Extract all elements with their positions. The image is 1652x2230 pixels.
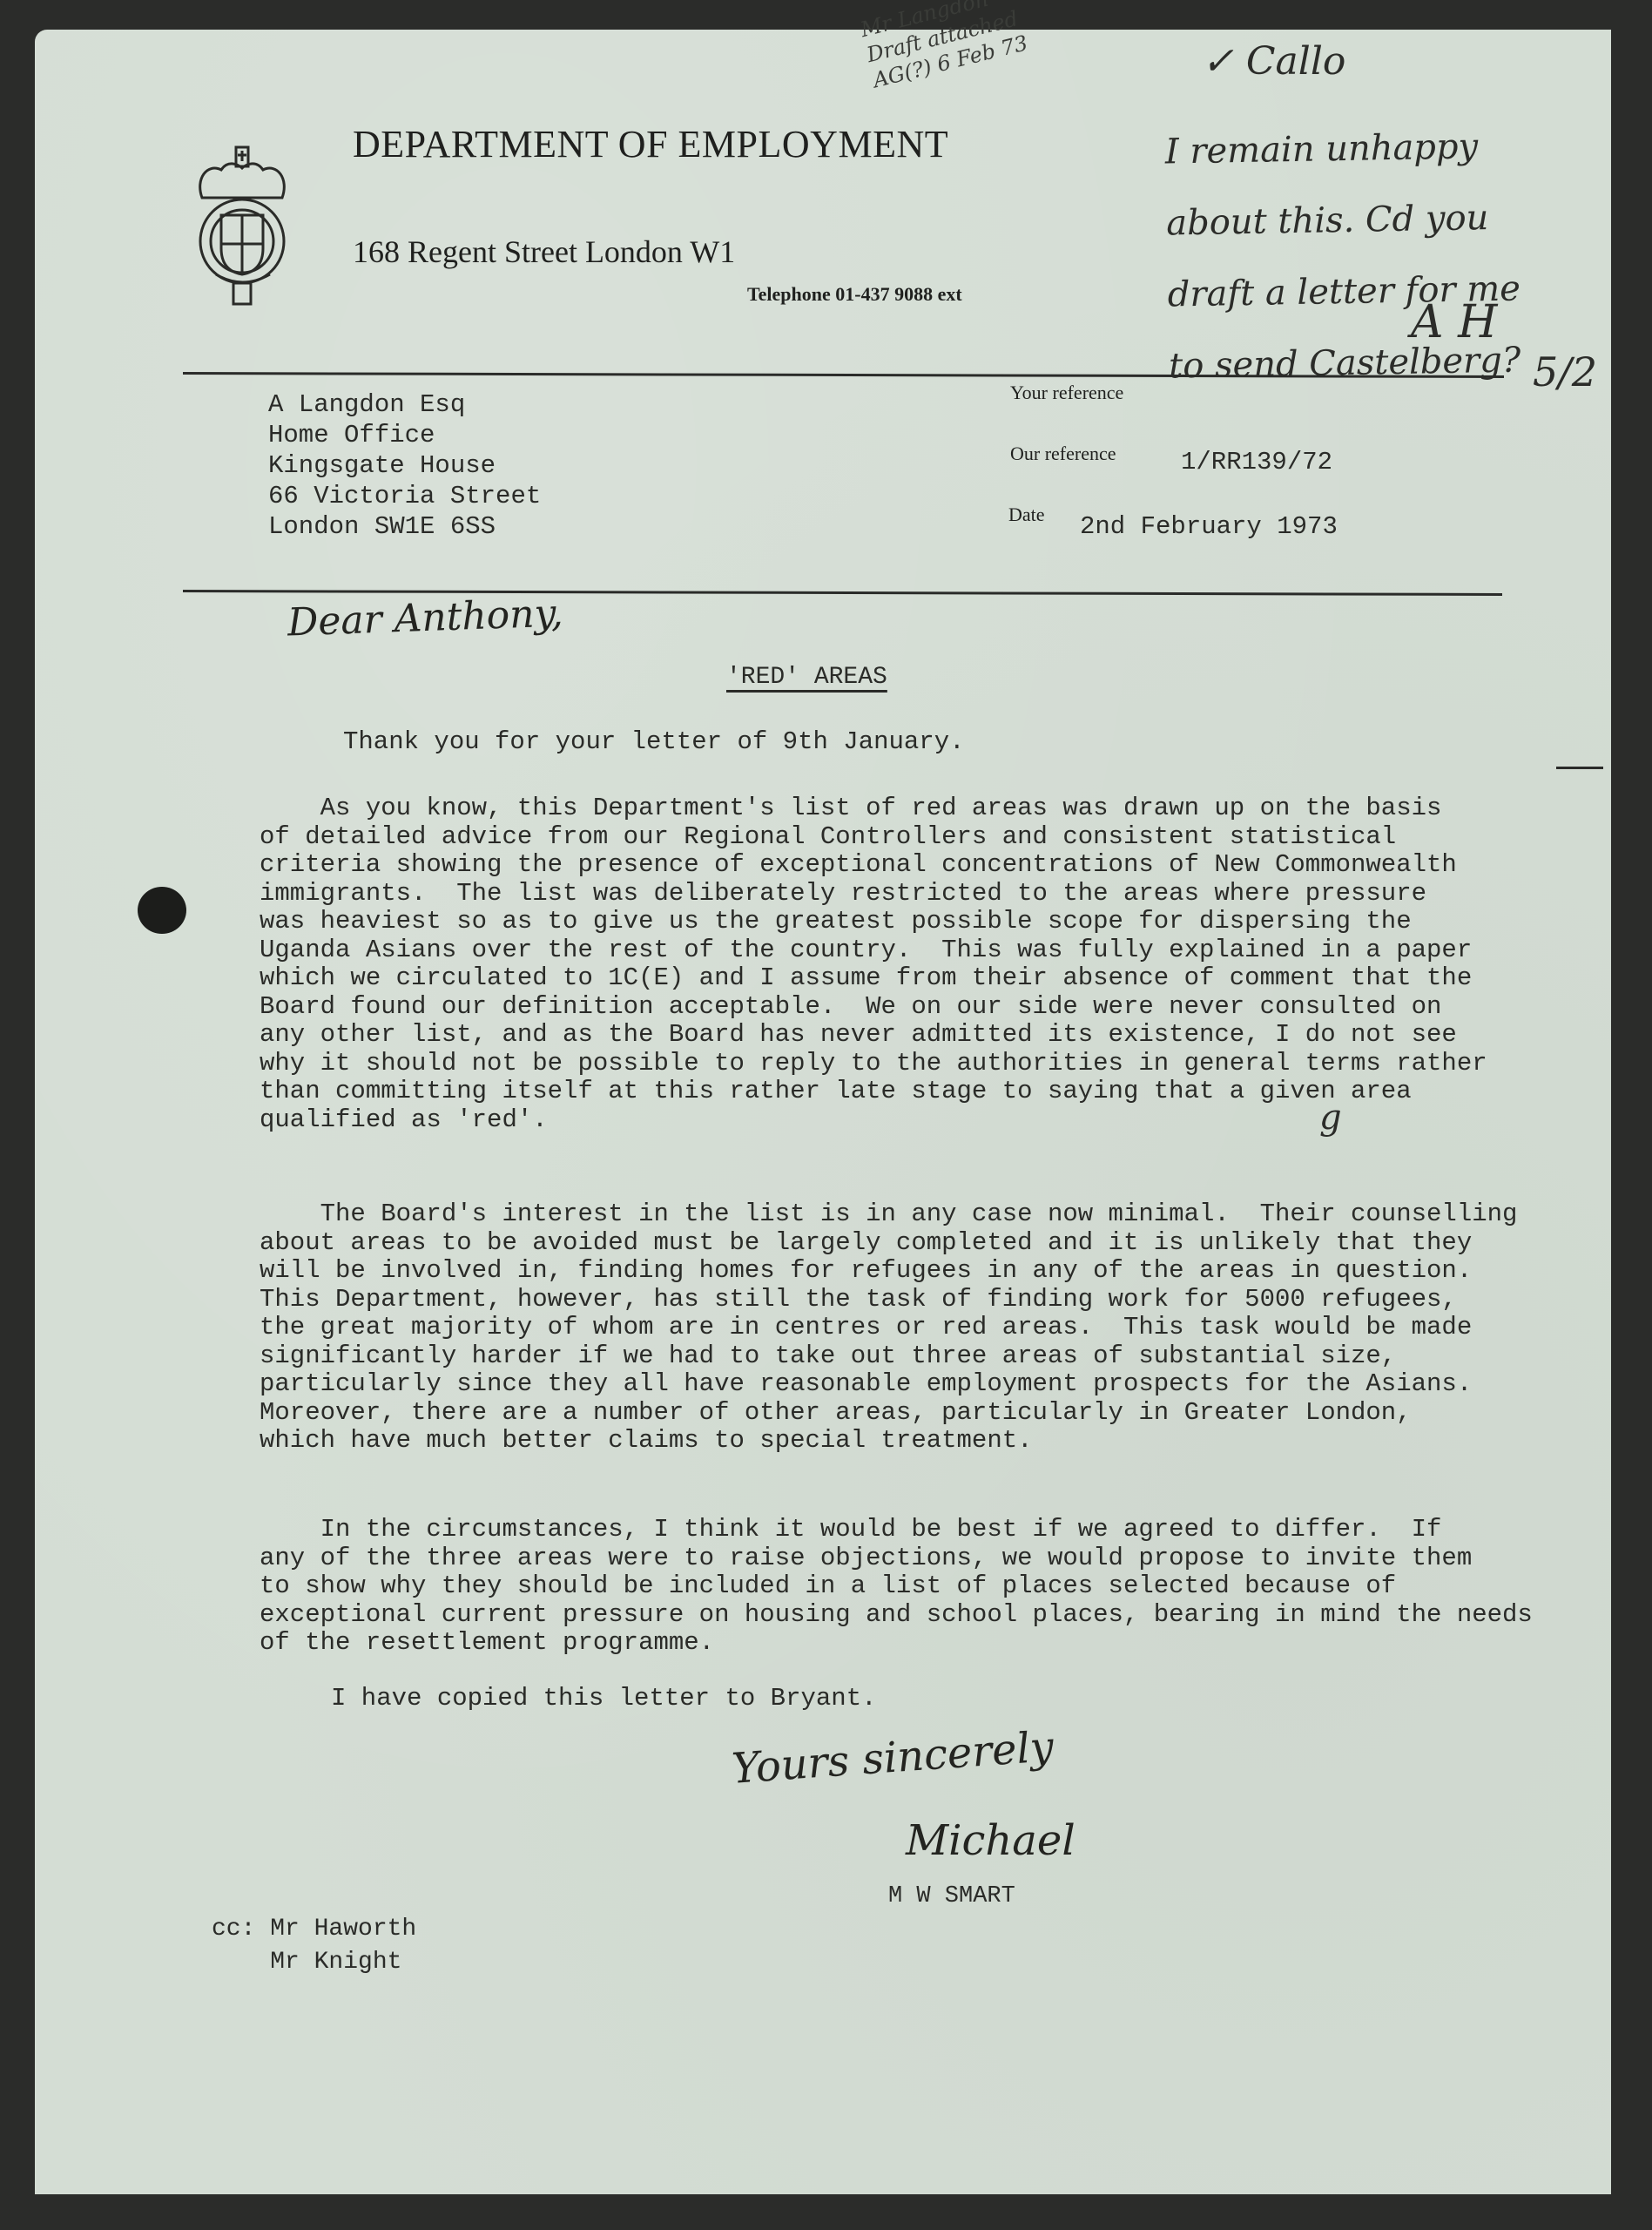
signature-handwritten: Michael <box>906 1816 1075 1865</box>
body-paragraph: The Board's interest in the list is in a… <box>260 1200 1517 1456</box>
subject-heading: 'RED' AREAS <box>726 664 887 691</box>
our-reference-value: 1/RR139/72 <box>1181 448 1332 476</box>
correction-annotation: g <box>1319 1098 1342 1138</box>
body-paragraph: I have copied this letter to Bryant. <box>331 1685 877 1713</box>
recipient-line: London SW1E 6SS <box>268 512 496 541</box>
department-name: DEPARTMENT OF EMPLOYMENT <box>353 122 948 166</box>
date-value: 2nd February 1973 <box>1080 512 1338 541</box>
body-paragraph: In the circumstances, I think it would b… <box>260 1516 1533 1658</box>
recipient-address: A Langdon Esq Home Office Kingsgate Hous… <box>268 389 541 542</box>
recipient-line: A Langdon Esq <box>268 390 465 419</box>
body-paragraph: As you know, this Department's list of r… <box>260 794 1487 1134</box>
department-telephone: Telephone 01-437 9088 ext <box>747 283 962 306</box>
recipient-line: Home Office <box>268 421 435 449</box>
cc-list: cc: Mr Haworth Mr Knight <box>212 1913 416 1979</box>
recipient-line: Kingsgate House <box>268 451 496 480</box>
signatory-name: M W SMART <box>888 1883 1015 1909</box>
date-label: Date <box>1008 503 1045 526</box>
department-address: 168 Regent Street London W1 <box>353 233 735 270</box>
minute-annotation: I remain unhappy about this. Cd you draf… <box>1164 110 1522 402</box>
our-reference-label: Our reference <box>1010 443 1116 465</box>
recipient-line: 66 Victoria Street <box>268 482 541 510</box>
tick-annotation: ✓ Callo <box>1202 39 1345 84</box>
your-reference-label: Your reference <box>1010 382 1123 404</box>
punch-hole <box>138 887 186 934</box>
royal-coat-of-arms-icon <box>190 144 294 309</box>
margin-mark <box>1556 767 1603 769</box>
date-mark-annotation: 5/2 <box>1533 348 1597 395</box>
body-paragraph: Thank you for your letter of 9th January… <box>343 728 965 757</box>
initials-annotation: A H <box>1411 296 1497 348</box>
